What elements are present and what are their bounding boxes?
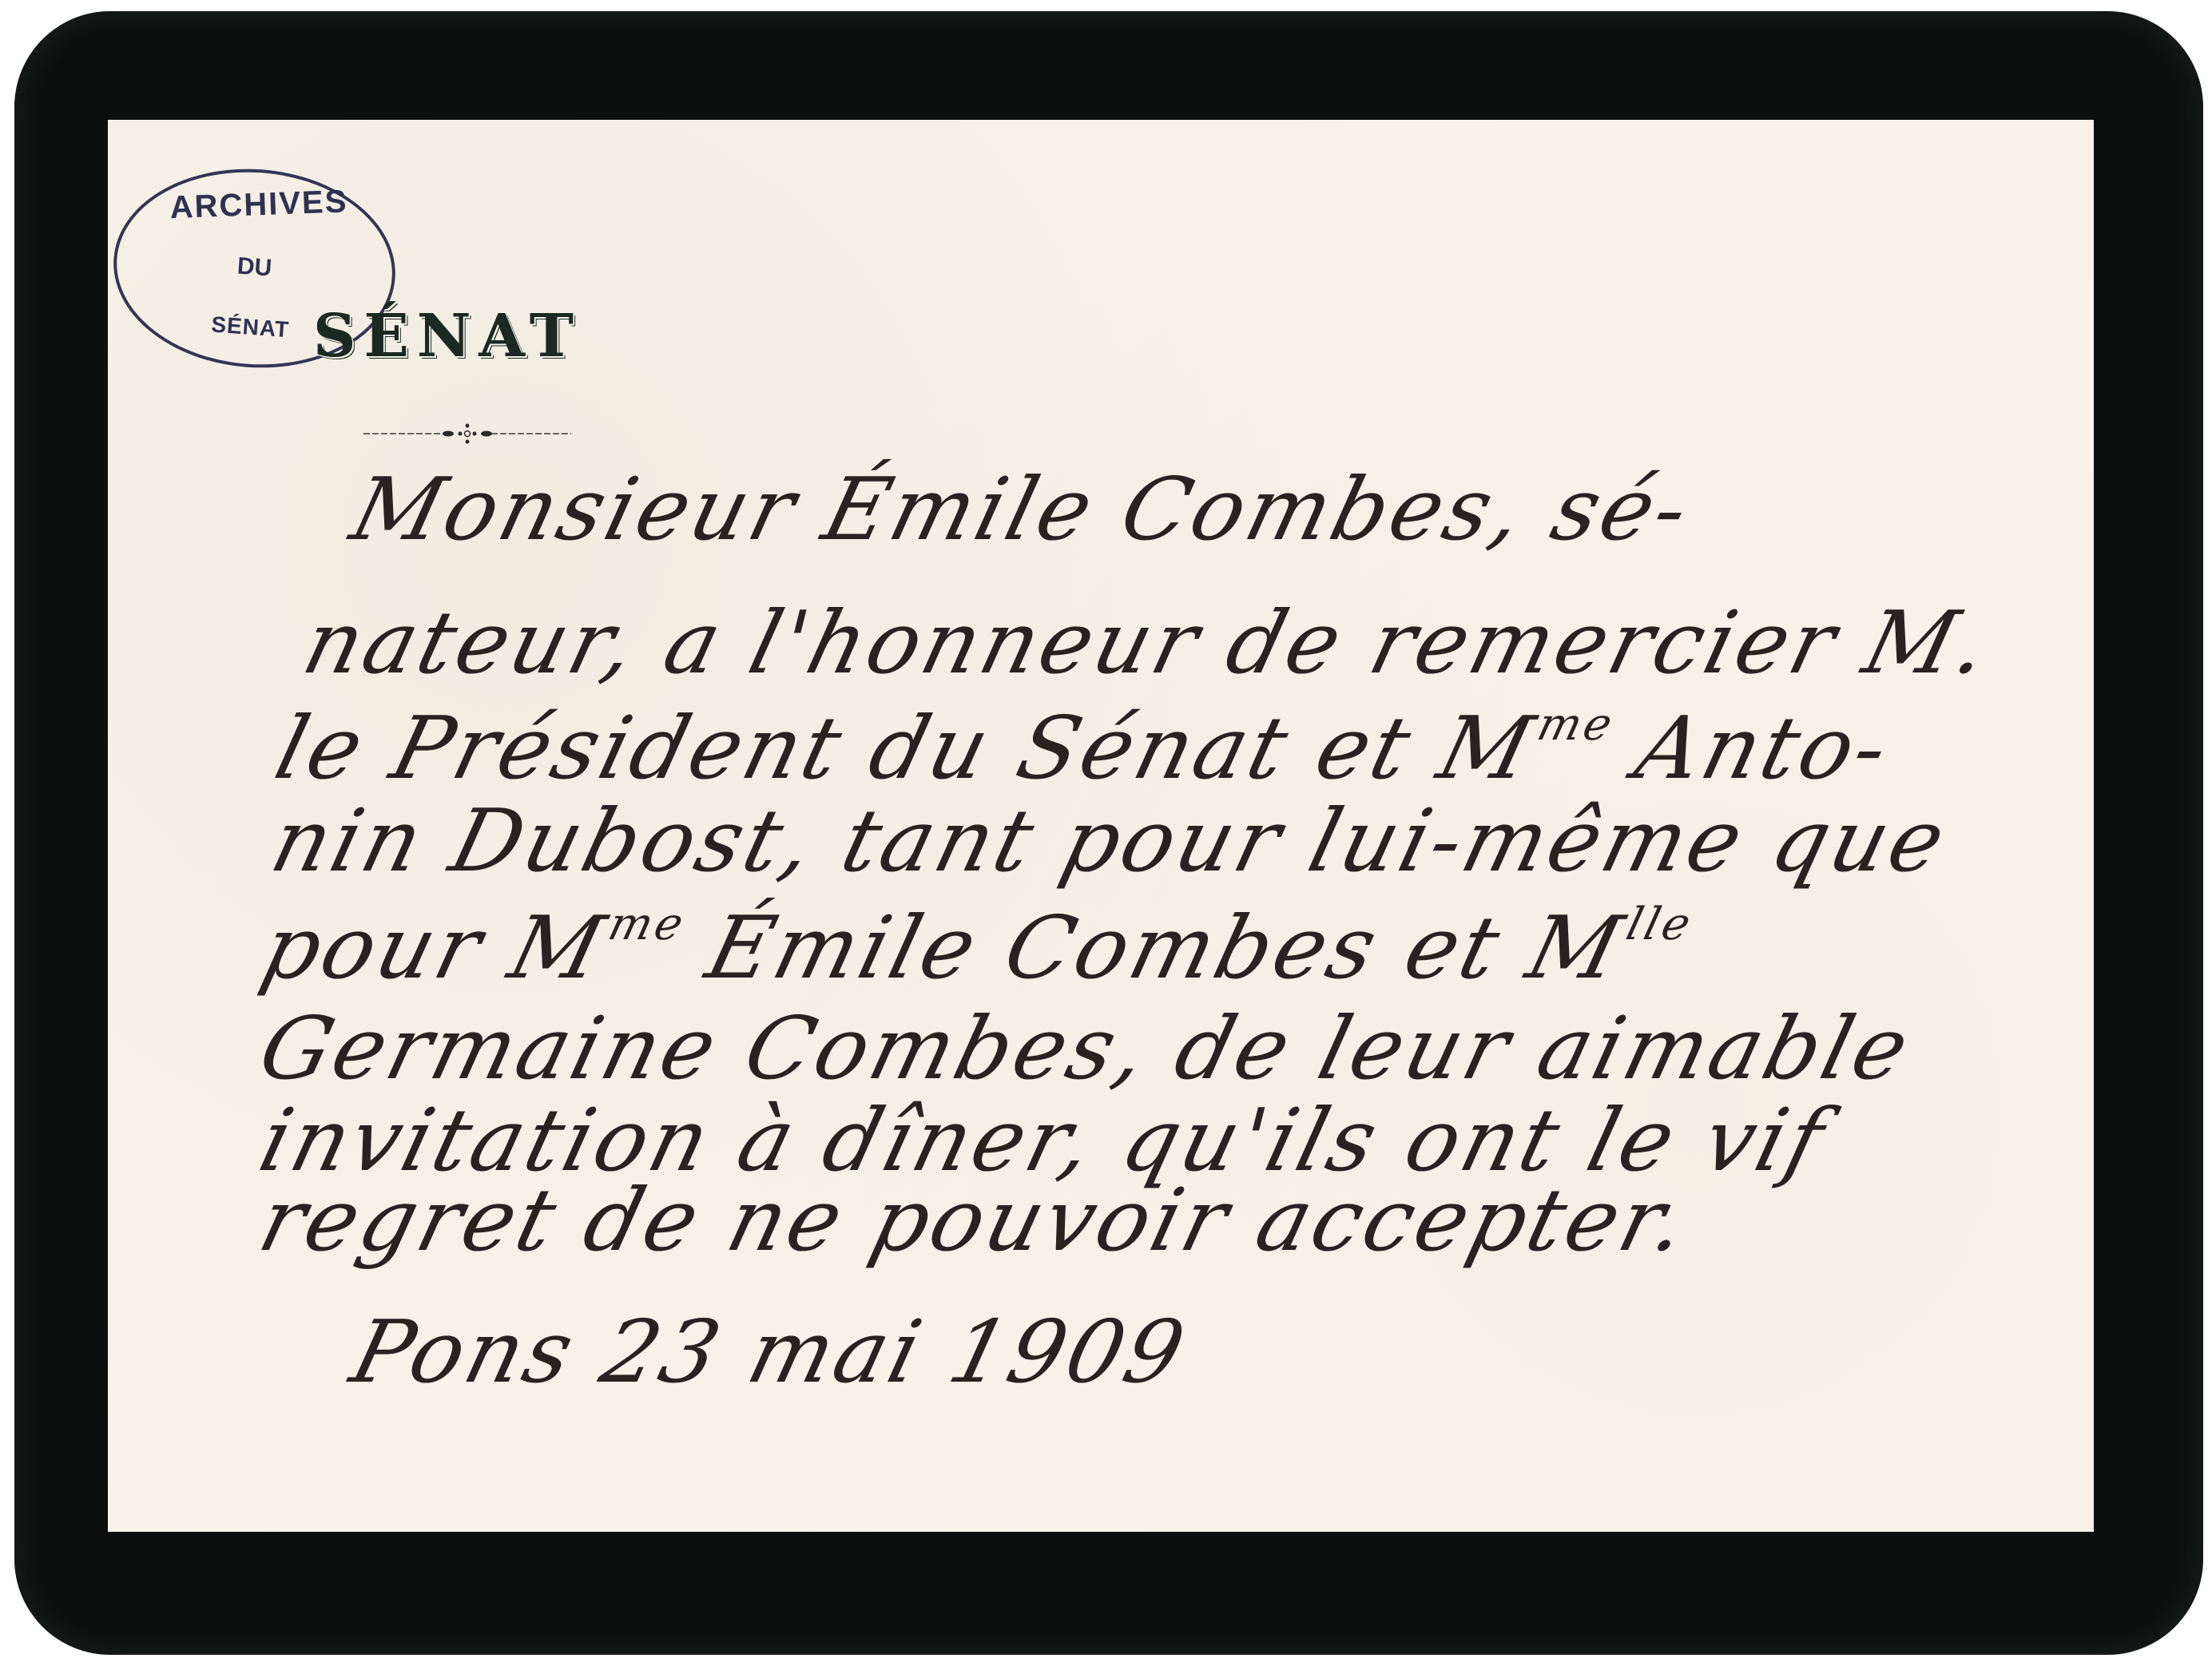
letterhead-title: SÉNAT — [313, 302, 582, 371]
letter-line-6: Germaine Combes, de leur aimable — [252, 1006, 1920, 1093]
letter-line-1: Monsieur Émile Combes, sé- — [344, 467, 1699, 553]
letter-line-4: nin Dubost, tant pour lui-même que — [264, 799, 1956, 885]
stamp-line-archives: ARCHIVES — [121, 182, 397, 228]
divider-ornament-icon — [363, 423, 571, 444]
letter-line-4-text: nin Dubost, tant pour lui-même que — [262, 791, 1957, 891]
letter-line-3-superscript: me — [1532, 699, 1620, 751]
letter-line-3-tail: Anto- — [1595, 699, 1900, 799]
letter-line-2: nateur, a l'honneur de remercier M. — [296, 601, 2000, 687]
place-date-line: Pons 23 mai 1909 — [344, 1310, 1195, 1396]
letter-line-8-text: regret de ne pouvoir accepter. — [250, 1171, 1699, 1271]
letter-line-2-text: nateur, a l'honneur de remercier M. — [294, 593, 2001, 693]
stamp-line-du: DU — [116, 244, 393, 291]
letter-line-5-superscript-1: me — [603, 898, 691, 950]
letter-line-6-text: Germaine Combes, de leur aimable — [250, 999, 1921, 1099]
place-date-text: Pons 23 mai 1909 — [342, 1303, 1197, 1402]
letter-line-5-superscript-2: lle — [1621, 898, 1698, 950]
letter-line-5-tail: Émile Combes et M — [667, 898, 1634, 998]
letter-line-5: pour Mme Émile Combes et Mlle — [254, 902, 1698, 992]
letter-line-1-text: Monsieur Émile Combes, sé- — [342, 460, 1701, 560]
letter-line-8: regret de ne pouvoir accepter. — [252, 1178, 1698, 1264]
letter-line-5-text: pour M — [252, 898, 616, 998]
letter-line-3-text: le Président du Sénat et M — [266, 699, 1545, 799]
letter-line-3: le Président du Sénat et Mme Anto- — [268, 703, 1900, 792]
